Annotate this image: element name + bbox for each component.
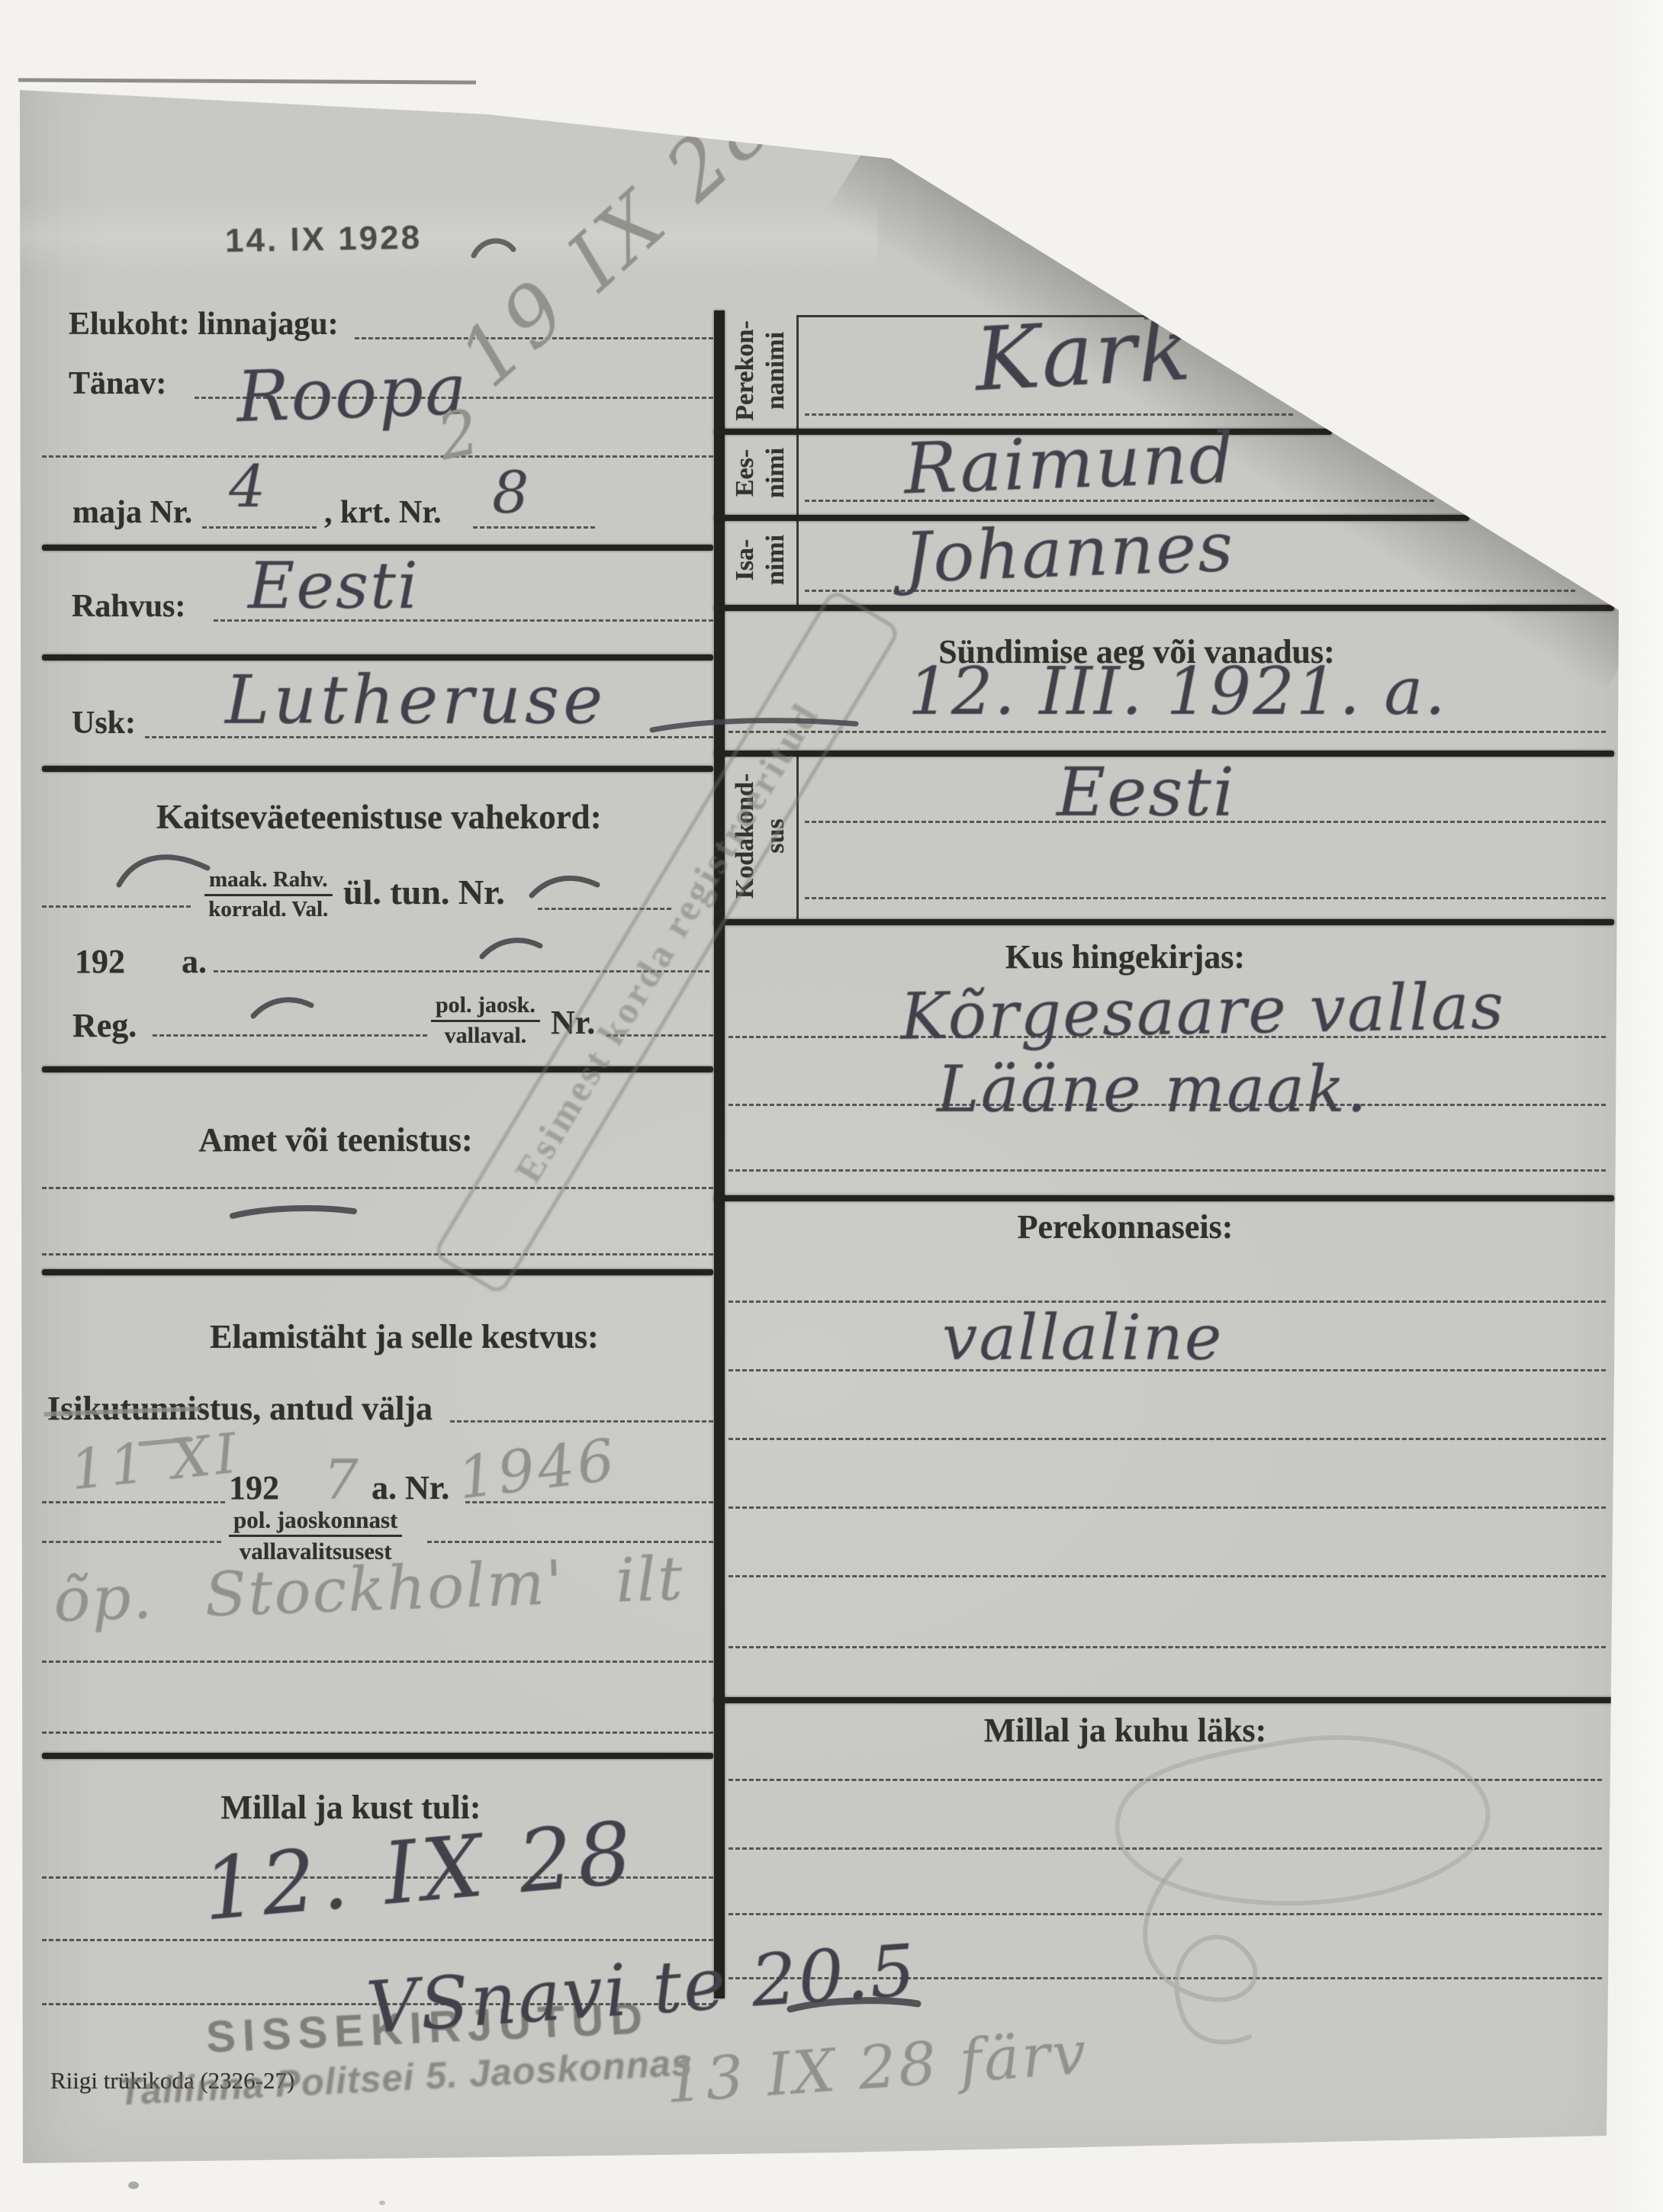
scan-speck [128, 2181, 139, 2189]
surname-value-handwriting: Kark [973, 306, 1194, 404]
citizenship-value-handwriting: Eesti [1057, 759, 1236, 826]
marital-status-header: Perekonnaseis: [763, 1210, 1488, 1245]
column-divider-rule [714, 310, 725, 1998]
ink-tilde-reg [250, 992, 315, 1022]
surname-vertical-label: Perekon- nanimi [730, 320, 791, 421]
ink-curl-after-stamp [469, 233, 518, 266]
pencil-id-year-digit: 7 [323, 1452, 359, 1507]
section-rule [42, 1269, 713, 1275]
dotted-writing-line [729, 1506, 1606, 1509]
reg-label: Reg. [72, 1008, 137, 1043]
label-line: Ees- [730, 449, 761, 497]
dotted-writing-line [202, 526, 317, 529]
year-suffix-label: a. [182, 944, 207, 979]
dotted-writing-line [42, 1501, 225, 1503]
section-rule [714, 1195, 1614, 1201]
dotted-writing-line [42, 1661, 713, 1663]
section-rule [42, 1753, 713, 1759]
fraction-bottom: vallaval. [445, 1022, 527, 1048]
dotted-writing-line [42, 1731, 713, 1734]
apartment-number-handwriting: 8 [492, 464, 530, 522]
year-prefix-label: 192 [75, 944, 125, 979]
dotted-writing-line [42, 1187, 713, 1189]
name-box-inner-rule [796, 315, 799, 607]
ink-dash-occupation [229, 1199, 359, 1222]
marital-value-handwriting: vallaline [942, 1307, 1223, 1370]
firstname-value-handwriting: Raimund [903, 423, 1237, 504]
label-line: nimi [761, 535, 791, 585]
paper-sheet: Elukoht: linnajagu: Tänav: maja Nr. , kr… [0, 0, 1663, 2212]
pencil-bottom-note: 13 IX 28 färv [664, 2024, 1090, 2113]
scanned-document: Elukoht: linnajagu: Tänav: maja Nr. , kr… [0, 0, 1663, 2212]
dotted-writing-line [729, 1438, 1606, 1440]
scan-speck [379, 2201, 385, 2205]
fraction-bottom: korrald. Val. [208, 896, 328, 921]
label-line: Isa- [730, 539, 761, 581]
label-line: nimi [761, 448, 791, 498]
dotted-writing-line [42, 455, 713, 458]
label-line: nanimi [761, 332, 791, 410]
registered-stamp-line2: Tallinna Politsei 5. Jaoskonnas [117, 2044, 693, 2111]
street-label: Tänav: [69, 367, 166, 400]
section-rule [714, 1697, 1614, 1703]
residence-permit-header: Elamistäht ja selle kestvus: [137, 1320, 671, 1355]
dotted-writing-line [450, 1420, 713, 1423]
dotted-writing-line [473, 526, 595, 529]
ink-dash-after-address [786, 1989, 923, 2017]
occupation-header: Amet või teenistus: [153, 1123, 519, 1158]
ink-tilde-year [479, 932, 544, 963]
street-value-handwriting: Roopa [235, 355, 469, 433]
section-rule [714, 919, 1614, 925]
paper-highlight-band [0, 200, 877, 272]
dotted-writing-line [805, 897, 1606, 899]
reg-authority-fraction: pol. jaosk. vallaval. [431, 993, 540, 1049]
arrival-date-handwriting: 12. IX 28 [199, 1810, 639, 1933]
dotted-writing-line [42, 905, 191, 908]
parish-line1-handwriting: Kõrgesaare vallas [899, 974, 1505, 1049]
military-authority-fraction: maak. Rahv. korrald. Val. [204, 868, 333, 922]
pencil-overline-xi [137, 1436, 195, 1448]
ink-tilde-military [114, 845, 214, 891]
dotted-writing-line [805, 413, 1293, 416]
id-a-nr-label: a. Nr. [372, 1471, 449, 1506]
section-rule [42, 766, 713, 772]
parish-register-header: Kus hingekirjas: [763, 940, 1488, 975]
religion-value-handwriting: Lutheruse [225, 667, 606, 734]
patronymic-value-handwriting: Johannes [903, 513, 1236, 593]
dotted-writing-line [153, 1034, 427, 1037]
nationality-label: Rahvus: [72, 590, 185, 623]
fraction-top: maak. Rahv. [204, 868, 333, 896]
pencil-small-mark: 2 [433, 400, 484, 470]
dotted-writing-line [729, 1646, 1606, 1648]
pencil-strikethrough-id [43, 1403, 203, 1419]
fraction-top: pol. jaoskonnast [229, 1507, 402, 1537]
pencil-id-number: 1946 [455, 1431, 620, 1508]
dotted-writing-line [42, 1253, 713, 1256]
parish-line2-handwriting: Lääne maak. [937, 1057, 1369, 1121]
dotted-writing-line [42, 1541, 221, 1543]
ink-tilde-certificate [529, 870, 601, 902]
certificate-number-label: ül. tun. Nr. [343, 874, 505, 911]
label-line: Perekon- [730, 320, 761, 421]
house-number-label: maja Nr. [72, 496, 192, 529]
pencil-issued-note: õp. Stockholm' ilt [53, 1548, 685, 1632]
date-received-stamp: 14. IX 1928 [225, 221, 423, 258]
residence-label: Elukoht: linnajagu: [69, 307, 339, 341]
military-service-header: Kaitseväeteenistuse vahekord: [156, 799, 602, 835]
patronymic-vertical-label: Isa- nimi [730, 535, 791, 585]
nationality-value-handwriting: Eesti [248, 554, 420, 618]
apartment-number-label: , krt. Nr. [324, 496, 442, 529]
religion-label: Usk: [72, 706, 136, 740]
fraction-top: pol. jaosk. [431, 993, 540, 1022]
ink-tail-religion [648, 713, 862, 736]
birthdate-value-handwriting: 12. III. 1921. a. [908, 659, 1447, 725]
firstname-vertical-label: Ees- nimi [730, 448, 791, 498]
dotted-writing-line [42, 1939, 713, 1941]
dotted-writing-line [729, 1575, 1606, 1577]
section-rule [42, 654, 713, 661]
dotted-writing-line [729, 1169, 1606, 1172]
scan-edge-shadow [18, 78, 476, 84]
pencil-scrawl-departure [1053, 1724, 1526, 2052]
house-number-handwriting: 4 [229, 458, 267, 516]
